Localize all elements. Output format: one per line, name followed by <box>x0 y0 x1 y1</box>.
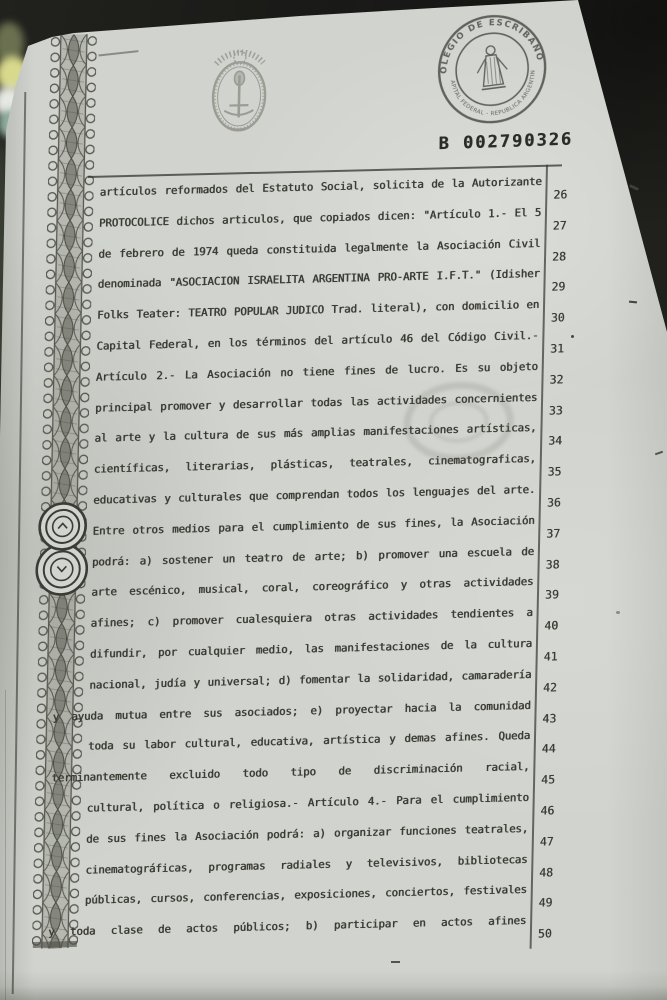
line-number: 41 <box>543 641 574 673</box>
line-number: 37 <box>546 518 577 550</box>
photo-of-document: { "header": { "serial_number": "B 002790… <box>0 0 667 1000</box>
line-number: 34 <box>548 425 579 457</box>
dust-speck <box>160 347 163 349</box>
line-number: 49 <box>538 887 569 919</box>
seal-bottom-text: CAPITAL FEDERAL - REPUBLICA ARGENTINA <box>420 1 540 126</box>
scanned-page: COLEGIO DE ESCRIBANOS CAPITAL FEDERAL - … <box>0 0 667 1000</box>
line-number: 38 <box>545 548 576 580</box>
line-number: 42 <box>543 672 574 704</box>
faint-stamp-impression-inner <box>428 400 489 443</box>
svg-text:CAPITAL FEDERAL - REPUBLICA AR: CAPITAL FEDERAL - REPUBLICA ARGENTINA <box>420 1 540 126</box>
line-number: 30 <box>550 302 581 334</box>
argentine-coat-of-arms-icon <box>191 32 288 144</box>
line-number: 47 <box>539 826 570 858</box>
typewritten-text-block: artículos reformados del Estatuto Social… <box>84 167 542 948</box>
line-number: 33 <box>549 394 580 426</box>
line-number: 27 <box>552 210 583 242</box>
line-number: 39 <box>545 579 576 611</box>
serial-number: B 002790326 <box>438 129 573 154</box>
pencil-mark <box>98 50 138 59</box>
line-number: 50 <box>538 918 569 950</box>
line-number: 29 <box>551 271 582 303</box>
dust-speck <box>616 611 620 614</box>
line-number: 28 <box>552 240 583 272</box>
line-number: 46 <box>540 795 571 827</box>
notary-seal-icon: COLEGIO DE ESCRIBANOS CAPITAL FEDERAL - … <box>420 1 564 135</box>
line-number: 40 <box>544 610 575 642</box>
dust-speck <box>391 961 400 963</box>
line-number: 44 <box>541 733 572 765</box>
line-number: 35 <box>547 456 578 488</box>
line-number: 48 <box>539 856 570 888</box>
line-number: 36 <box>547 487 578 519</box>
line-number: 26 <box>553 179 584 211</box>
line-number: 45 <box>541 764 572 796</box>
line-number: 43 <box>542 702 573 734</box>
dust-speck <box>571 335 574 338</box>
document-content: COLEGIO DE ESCRIBANOS CAPITAL FEDERAL - … <box>0 0 667 1000</box>
line-number: 31 <box>550 333 581 365</box>
line-number: 32 <box>549 364 580 396</box>
